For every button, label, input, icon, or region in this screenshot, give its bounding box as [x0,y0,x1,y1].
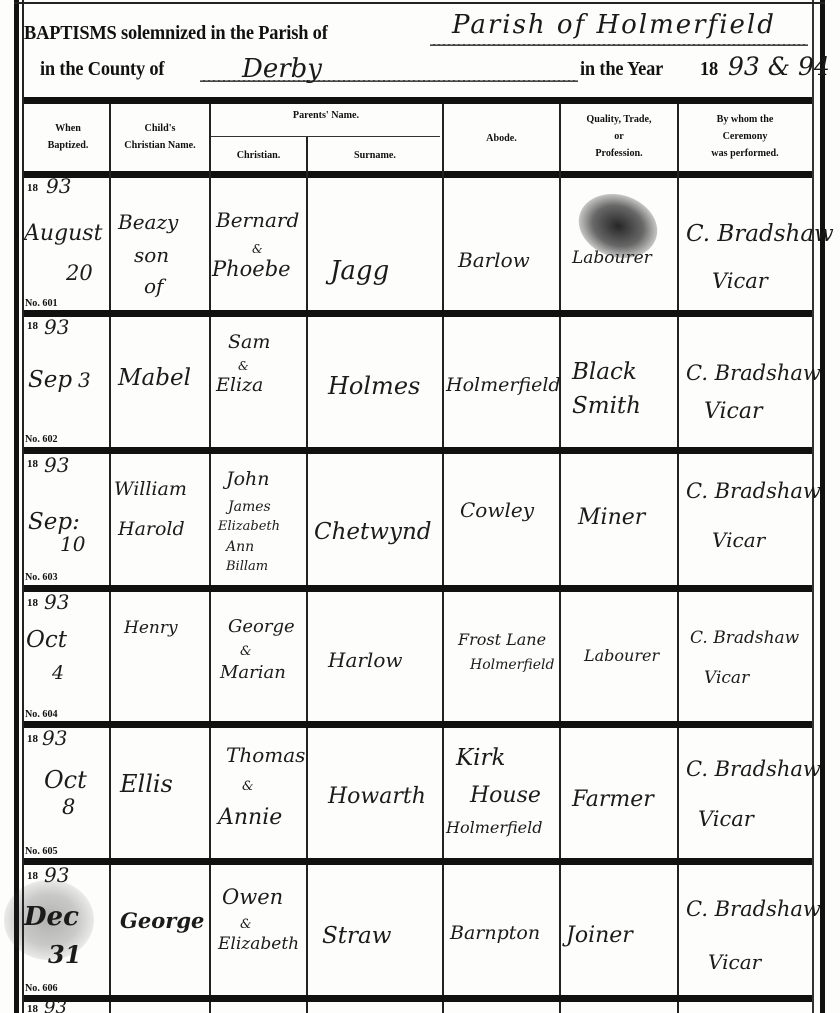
abode-line2: Holmerfield [470,658,554,673]
child-name: Henry [124,620,178,638]
col-header-parents-surname: Surname. [312,147,437,164]
frame-left-border [14,0,19,1013]
child-name: Ellis [120,772,173,797]
year-label: in the Year [580,58,663,81]
entry-day: 3 [78,370,91,391]
entry-day: 20 [66,262,93,284]
frame-right-border [820,0,825,1013]
parent-mother: Marian [220,664,286,683]
col-divider-4 [442,104,444,1013]
officiant-name: C. Bradshaw [686,222,834,246]
abode: Barnpton [450,924,540,944]
col-header-quality: Quality, Trade,orProfession. [565,111,674,162]
entry-year: 93 [44,317,69,338]
entry-month: Oct [26,628,67,652]
parent-mother-line2: Ann [226,540,254,555]
surname: Howarth [328,785,426,808]
entry-day: 10 [60,534,85,555]
officiant-name: C. Bradshaw [686,758,821,780]
entry-number: No. 601 [25,297,58,309]
parent-mother: Elizabeth [218,520,280,534]
parent-ampersand: & [242,780,254,794]
quality: Joiner [566,924,633,947]
entry-number: No. 606 [25,982,58,994]
quality-line2: Smith [572,394,641,418]
parent-mother: Annie [218,806,282,829]
abode-line3: Holmerfield [446,820,543,837]
officiant-name: C. Bradshaw [686,362,821,384]
surname: Harlow [328,650,402,671]
row-rule-2 [24,447,812,454]
entry-year-prefix: 18 [27,870,38,882]
entry-month: Oct [44,768,87,793]
parent-father: Sam [228,333,270,353]
parent-mother: Eliza [216,376,263,396]
parent-mother: Elizabeth [218,936,299,954]
officiant-title: Vicar [704,670,749,688]
parent-father-line2: James [228,500,271,515]
col-divider-1 [109,104,111,1013]
child-name-line3: of [144,276,163,297]
child-name: Mabel [118,366,191,390]
col-header-parents-christian: Christian. [214,147,303,164]
header-bottom-rule [24,171,812,178]
officiant-name: C. Bradshaw [686,480,821,502]
parent-father: George [228,618,295,637]
col-divider-6 [677,104,679,1013]
entry-year-prefix: 18 [27,182,38,194]
child-name-line2: son [134,245,169,266]
year-prefix: 18 [700,58,718,81]
year-handwritten: 93 & 94 [728,52,830,81]
entry-month: August [24,222,102,245]
row-rule-6 [24,995,812,1002]
parent-ampersand: & [240,918,252,932]
col-divider-3 [306,137,308,1013]
row-rule-5 [24,858,812,865]
entry-year: 93 [46,176,71,197]
child-name: George [120,910,204,932]
entry-year: 93 [42,728,67,749]
parent-father: Owen [222,886,283,908]
register-heading: BAPTISMS solemnized in the Parish of [24,22,328,45]
entry-month: Dec [24,904,79,931]
header-top-rule [24,97,812,104]
parent-father: Thomas [226,745,305,766]
abode: Holmerfield [446,376,561,396]
col-header-by-whom: By whom theCeremonywas performed. [683,111,806,162]
row-rule-4 [24,721,812,728]
parent-ampersand: & [252,243,263,256]
officiant-name: C. Bradshaw [690,630,799,648]
entry-year: 93 [44,455,69,476]
entry-number: No. 602 [25,433,58,445]
officiant-title: Vicar [712,530,765,551]
col-divider-5 [559,104,561,1013]
row-rule-3 [24,585,812,592]
entry-month: Sep [28,368,72,392]
entry-year: 93 [44,592,69,613]
entry-year-prefix: 18 [27,320,38,332]
child-name-line2: Harold [118,520,185,540]
parent-mother-line3: Billam [226,560,268,574]
col-header-parents: Parents' Name. [219,107,432,124]
col-header-abode: Abode. [448,130,556,147]
child-name: William [114,480,187,500]
officiant-title: Vicar [704,400,763,423]
officiant-name: C. Bradshaw [686,898,821,920]
col-header-child: Child'sChristian Name. [114,120,206,154]
entry-day: 31 [48,942,81,967]
register-page: BAPTISMS solemnized in the Parish of Par… [0,0,840,1013]
abode: Barlow [458,250,530,271]
col-header-when: WhenBaptized. [31,120,105,154]
parents-header-rule [210,136,440,137]
entry-day: 4 [52,664,64,684]
abode: Cowley [460,500,534,521]
quality: Black [572,360,637,384]
abode: Frost Lane [458,632,546,649]
officiant-title: Vicar [708,952,761,973]
col-divider-2 [209,104,211,1013]
surname: Holmes [328,374,420,399]
row-rule-1 [24,310,812,317]
surname: Jagg [330,258,389,285]
parent-father: Bernard [216,210,299,231]
entry-number: No. 604 [25,708,58,720]
quality: Farmer [572,788,654,811]
officiant-title: Vicar [698,808,754,830]
entry-year-prefix: 18 [27,458,38,470]
county-label: in the County of [40,58,164,81]
child-name: Beazy [118,212,178,233]
entry-number: No. 603 [25,571,58,583]
abode-line2: House [470,784,541,807]
entry-year-prefix: 18 [27,1003,38,1013]
entry-year-prefix: 18 [27,733,38,745]
quality: Labourer [584,648,659,665]
parent-mother: Phoebe [212,258,291,280]
surname: Chetwynd [314,520,431,544]
parish-underline [430,44,808,46]
entry-month: Sep: [28,510,80,534]
parent-ampersand: & [238,360,249,373]
abode: Kirk [456,746,505,770]
surname: Straw [322,924,391,948]
entry-year: 93 [44,865,69,886]
entry-year-prefix: 18 [27,597,38,609]
quality: Miner [578,506,645,529]
frame-top-border [14,2,825,4]
entry-day: 8 [62,796,75,818]
parish-name-handwritten: Parish of Holmerfield [452,10,776,40]
frame-right-inner-border [812,0,814,1013]
parent-ampersand: & [240,645,252,659]
parent-father: John [226,470,270,490]
county-name-handwritten: Derby [242,54,322,84]
entry-number: No. 605 [25,845,58,857]
officiant-title: Vicar [712,270,768,292]
entry-year: 93 [44,999,67,1013]
